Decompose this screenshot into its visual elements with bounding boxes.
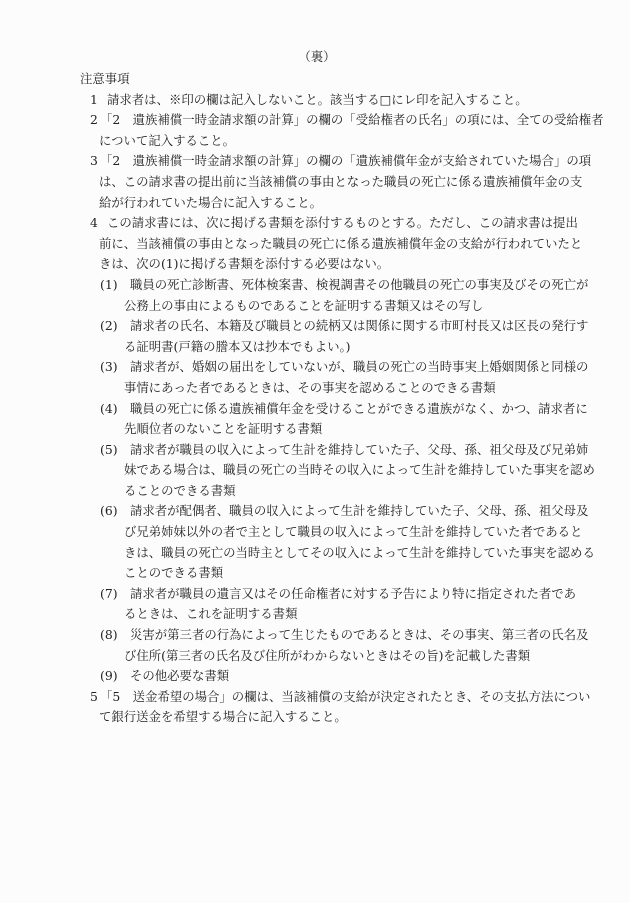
attachment-text-line: その他必要な書類: [130, 668, 229, 683]
attachment-item-9: (9)その他必要な書類: [90, 666, 554, 687]
attachment-text-line: 公務上の事由によるものであることを証明する書類又はその写し: [124, 298, 483, 313]
attachment-text-line: 請求者が配偶者、職員の収入によって生計を維持していた子、父母、孫、祖父母及: [130, 503, 588, 518]
attachment-number: (1): [100, 275, 130, 296]
note-text-line: について記入すること。: [99, 133, 235, 148]
attachment-item-8: (8)災害が第三者の行為によって生じたものであるときは、その事実、第三者の氏名及…: [90, 625, 554, 666]
attachment-text-line: 請求者の氏名、本籍及び職員との続柄又は関係に関する市町村長又は区長の発行す: [130, 318, 588, 333]
attachment-number: (4): [100, 399, 130, 420]
note-number: 1: [90, 90, 107, 111]
attachment-number: (2): [100, 316, 130, 337]
attachment-text-line: び住所(第三者の氏名及び住所がわからないときはその旨)を記載した書類: [124, 648, 530, 663]
note-text-line: きは、次の(1)に掲げる書類を添付する必要はない。: [99, 256, 389, 271]
attachment-text-line: 妹である場合は、職員の死亡の当時その収入によって生計を維持していた事実を認め: [124, 462, 595, 477]
attachment-text-line: 請求者が、婚姻の届出をしていないが、職員の死亡の当時事実上婚姻関係と同様の: [130, 359, 588, 374]
note-text-line: この請求書には、次に掲げる書類を添付するものとする。ただし、この請求書は提出: [107, 215, 578, 230]
attachment-text-line: ことのできる書類: [124, 565, 223, 580]
note-item-5: 5「5 送金希望の場合」の欄は、当該補償の支給が決定されたとき、その支払方法につ…: [80, 687, 554, 728]
note-item-4: 4この請求書には、次に掲げる書類を添付するものとする。ただし、この請求書は提出 …: [80, 213, 554, 687]
attachment-text-line: 災害が第三者の行為によって生じたものであるときは、その事実、第三者の氏名及: [130, 627, 588, 642]
attachment-text-line: るときは、これを証明する書類: [124, 606, 297, 621]
note-text-line: は、この請求書の提出前に当該補償の事由となった職員の死亡に係る遺族補償年金の支: [99, 174, 582, 189]
note-number: 4: [90, 213, 107, 234]
note-number: 2: [90, 110, 100, 131]
attachment-number: (9): [100, 666, 130, 687]
notes-heading: 注意事項: [80, 69, 554, 90]
note-text-line: 給が行われていた場合に記入すること。: [99, 195, 322, 210]
attachment-item-4: (4)職員の死亡に係る遺族補償年金を受けることができる遺族がなく、かつ、請求者に…: [90, 399, 554, 440]
attachment-number: (5): [100, 440, 130, 461]
note-text-line: 「2 遺族補償一時金請求額の計算」の欄の「遺族補償年金が支給されていた場合」の項: [100, 153, 591, 168]
attachment-number: (8): [100, 625, 130, 646]
note-text-line: 「5 送金希望の場合」の欄は、当該補償の支給が決定されたとき、その支払方法につい: [100, 689, 590, 704]
note-text-line: 「2 遺族補償一時金請求額の計算」の欄の「受給権者の氏名」の項には、全ての受給権…: [100, 112, 604, 127]
notes-section: 注意事項 1請求者は、※印の欄は記入しないこと。該当する□にレ印を記入すること。…: [80, 69, 554, 728]
attachment-text-line: 事情にあった者であるときは、その事実を認めることのできる書類: [124, 380, 496, 395]
attachment-item-7: (7)請求者が職員の遺言又はその任命権者に対する予告により特に指定された者であ …: [90, 584, 554, 625]
attachment-item-1: (1)職員の死亡診断書、死体検案書、検視調書その他職員の死亡の事実及びその死亡が…: [90, 275, 554, 316]
attachment-number: (7): [100, 584, 130, 605]
page-side-label: （裏）: [0, 49, 630, 65]
attachment-text-line: 職員の死亡に係る遺族補償年金を受けることができる遺族がなく、かつ、請求者に: [130, 401, 588, 416]
attachment-text-line: る証明書(戸籍の謄本又は抄本でもよい。): [124, 339, 351, 354]
attachment-number: (3): [100, 357, 130, 378]
attachment-item-6: (6)請求者が配偶者、職員の収入によって生計を維持していた子、父母、孫、祖父母及…: [90, 501, 554, 583]
attachment-text-line: 職員の死亡診断書、死体検案書、検視調書その他職員の死亡の事実及びその死亡が: [130, 277, 588, 292]
attachment-item-2: (2)請求者の氏名、本籍及び職員との続柄又は関係に関する市町村長又は区長の発行す…: [90, 316, 554, 357]
note-item-3: 3「2 遺族補償一時金請求額の計算」の欄の「遺族補償年金が支給されていた場合」の…: [80, 151, 554, 213]
attachment-item-3: (3)請求者が、婚姻の届出をしていないが、職員の死亡の当時事実上婚姻関係と同様の…: [90, 357, 554, 398]
attachment-text-line: きは、職員の死亡の当時主としてその収入によって生計を維持していた事実を認める: [124, 545, 595, 560]
note-text-line: 請求者は、※印の欄は記入しないこと。該当する□にレ印を記入すること。: [107, 92, 528, 107]
document-page: （裏） 注意事項 1請求者は、※印の欄は記入しないこと。該当する□にレ印を記入す…: [0, 0, 630, 903]
note-text-line: 前に、当該補償の事由となった職員の死亡に係る遺族補償年金の支給が行われていたと: [99, 236, 582, 251]
note-number: 3: [90, 151, 100, 172]
note-item-2: 2「2 遺族補償一時金請求額の計算」の欄の「受給権者の氏名」の項には、全ての受給…: [80, 110, 554, 151]
attachment-item-5: (5)請求者が職員の収入によって生計を維持していた子、父母、孫、祖父母及び兄弟姉…: [90, 440, 554, 502]
note-item-1: 1請求者は、※印の欄は記入しないこと。該当する□にレ印を記入すること。: [80, 90, 554, 111]
attachment-text-line: 先順位者のないことを証明する書類: [124, 421, 322, 436]
attachment-text-line: ることのできる書類: [124, 483, 236, 498]
note-text-line: て銀行送金を希望する場合に記入すること。: [99, 709, 347, 724]
note-number: 5: [90, 687, 100, 708]
attachment-text-line: 請求者が職員の収入によって生計を維持していた子、父母、孫、祖父母及び兄弟姉: [130, 442, 588, 457]
attachment-text-line: 請求者が職員の遺言又はその任命権者に対する予告により特に指定された者であ: [130, 586, 576, 601]
attachment-text-line: び兄弟姉妹以外の者で主として職員の収入によって生計を維持していた者であると: [124, 524, 582, 539]
attachment-number: (6): [100, 501, 130, 522]
